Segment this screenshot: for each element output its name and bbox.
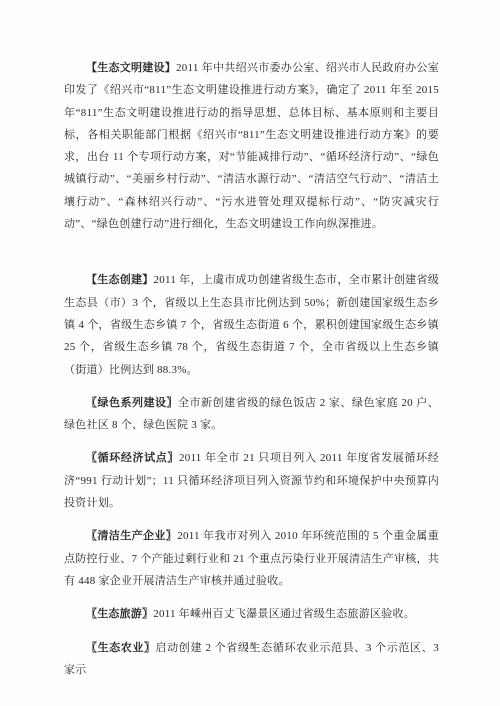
- entry-paragraph: 〖清洁生产企业〗2011 年我市对列入 2010 年环统范围的 5 个重金属重点…: [64, 525, 439, 592]
- entry-body: 2011 年中共绍兴市委办公室、绍兴市人民政府办公室印发了《绍兴市“811”生态…: [64, 62, 439, 230]
- entry-paragraph: 〖循环经济试点〗2011 年全市 21 只项目列入 2011 年度省发展循环经济…: [64, 447, 439, 514]
- entry-heading: 〖循环经济试点〗: [86, 452, 179, 464]
- entry-heading: 【生态创建】: [86, 274, 154, 286]
- entry-paragraph: 〖绿色系列建设〗全市新创建省级的绿色饭店 2 家、绿色家庭 20 户、绿色社区 …: [64, 392, 439, 437]
- entry-paragraph: 【生态文明建设】2011 年中共绍兴市委办公室、绍兴市人民政府办公室印发了《绍兴…: [64, 57, 439, 235]
- entry-heading: 〖生态旅游〗: [86, 608, 153, 620]
- page-body-text: 【生态文明建设】2011 年中共绍兴市委办公室、绍兴市人民政府办公室印发了《绍兴…: [64, 57, 439, 692]
- entry-body: 2011 年嵊州百丈飞瀑景区通过省级生态旅游区验收。: [153, 608, 415, 620]
- entry-heading: 〖清洁生产企业〗: [86, 530, 177, 542]
- document-page: 【生态文明建设】2011 年中共绍兴市委办公室、绍兴市人民政府办公室印发了《绍兴…: [0, 0, 500, 706]
- entry-heading: 【生态文明建设】: [86, 62, 176, 74]
- entry-body: 2011 年，上虞市成功创建省级生态市，全市累计创建省级生态县（市）3 个，省级…: [64, 274, 439, 375]
- entry-paragraph: 【生态创建】2011 年，上虞市成功创建省级生态市，全市累计创建省级生态县（市）…: [64, 269, 439, 380]
- entry-paragraph: 〖生态旅游〗2011 年嵊州百丈飞瀑景区通过省级生态旅游区验收。: [64, 603, 439, 625]
- entry-heading: 〖绿色系列建设〗: [86, 397, 178, 409]
- page-number: 15: [0, 641, 500, 651]
